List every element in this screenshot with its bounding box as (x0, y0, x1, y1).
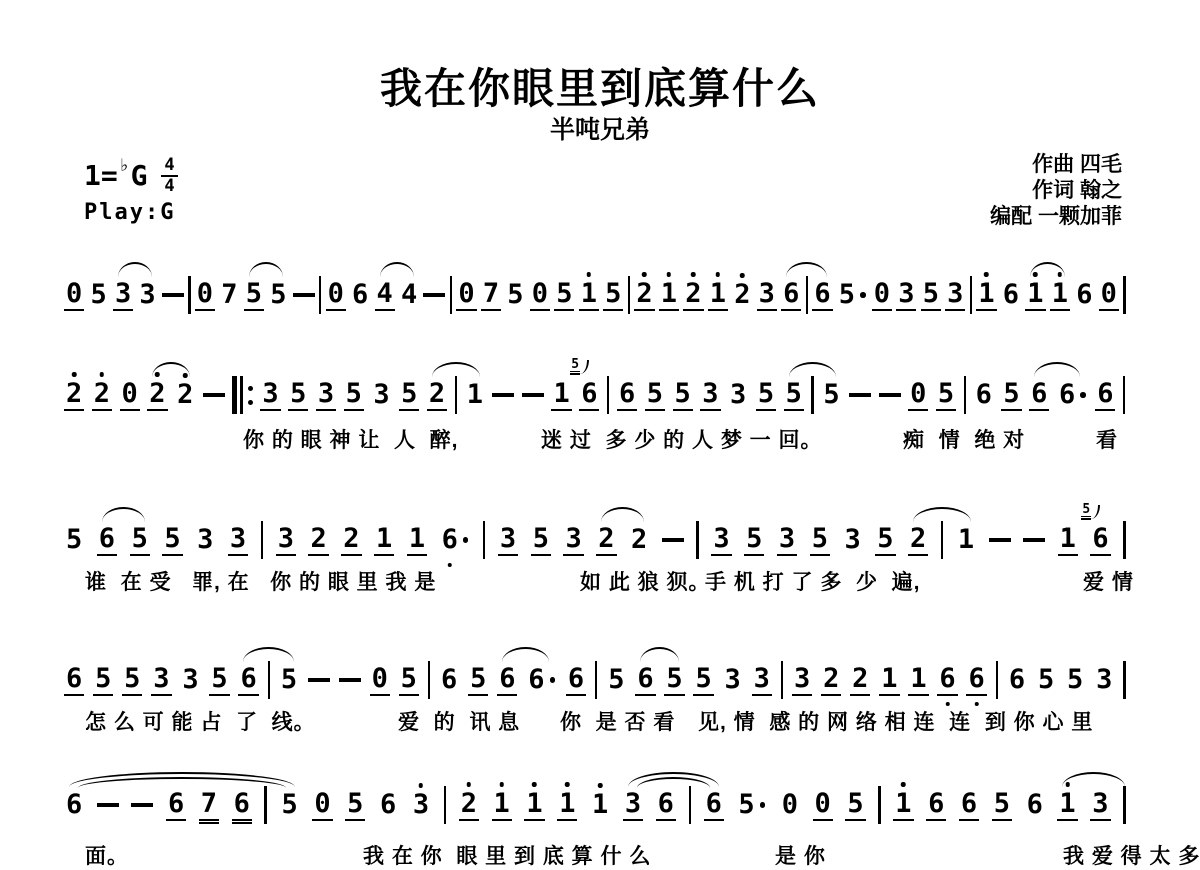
slur-arc (601, 507, 644, 522)
note-token: 3 (723, 665, 743, 695)
slur-arc (1030, 262, 1065, 277)
note-token: 1 (374, 524, 394, 556)
rest-note: 0 (195, 279, 215, 311)
note-token: 1 (579, 279, 599, 311)
lyric-segment: 痴 情 绝 对 (903, 424, 1025, 454)
note-token: 6 (232, 789, 252, 821)
note-token: 3 (316, 379, 336, 411)
rest-note: 0 (813, 789, 833, 821)
barline (264, 786, 267, 824)
note-token: 5 (505, 280, 525, 310)
note-token: 6 (617, 379, 637, 411)
rest-note: 0 (1099, 279, 1119, 311)
note-token: 2 (459, 789, 479, 821)
slur-arc (640, 647, 679, 662)
lyric-segment: 迷 过 多 少 的 人 梦 一 回。 (541, 424, 823, 454)
note-token: 5 (122, 664, 142, 696)
note-token: 1 (708, 279, 728, 311)
dash-continuation (989, 538, 1011, 542)
note-token: 3 (792, 664, 812, 696)
note-token: 5 (280, 790, 300, 820)
note-token: 5 (693, 664, 713, 696)
rest-note: 0 (530, 279, 550, 311)
note-token: 1 (492, 789, 512, 821)
note-token: 1 (908, 664, 928, 696)
note-token: 2 (64, 379, 84, 411)
note-token: 5 (1001, 379, 1021, 411)
barline (941, 521, 944, 559)
note-token: 1 (976, 279, 996, 311)
note-token: 6 (526, 665, 557, 695)
note-token: 2 (634, 279, 654, 311)
barline (319, 276, 322, 314)
dash-continuation (662, 538, 684, 542)
note-token: 4 (375, 279, 395, 311)
note-token: 6 (350, 280, 370, 310)
barline (1123, 276, 1126, 314)
note-token: 5 (344, 379, 364, 411)
rest-note: 0 (326, 279, 346, 311)
octave-dot-high (499, 782, 504, 787)
note-token: 2 (341, 524, 361, 556)
note-token: 5 (399, 379, 419, 411)
note-token: 3 (711, 524, 731, 556)
note-token: 6 (812, 279, 832, 311)
note-token: 5 (288, 379, 308, 411)
note-token: 5 (531, 524, 551, 556)
note-token: 5 (399, 664, 419, 696)
note-token: 7 (219, 280, 239, 310)
barline (696, 521, 699, 559)
dash-continuation (492, 393, 514, 397)
note-token: 3 (195, 525, 215, 555)
lyrics-line: 谁 在 受 罪, 在 你 的 眼 里 我 是如 此 狼 狈。手 机 打 了 多 … (0, 566, 1200, 594)
note-token: 6 (1029, 379, 1049, 411)
note-token: 2 (427, 379, 447, 411)
note-token: 5 (673, 379, 693, 411)
note-token: 5 (130, 524, 150, 556)
barline (970, 276, 973, 314)
augmentation-dot (550, 677, 556, 683)
slur-arc (118, 262, 152, 277)
note-token: 2 (308, 524, 328, 556)
note-token: 3 (276, 524, 296, 556)
barline (188, 276, 191, 314)
dash-continuation (162, 293, 184, 297)
note-token: 1 (407, 524, 427, 556)
slur-arc (102, 507, 145, 522)
dash-continuation (97, 803, 119, 807)
octave-dot-high (984, 272, 989, 277)
note-token: 5 (664, 664, 684, 696)
note-token: 3 (757, 279, 777, 311)
note-token: 5 (821, 380, 841, 410)
lyric-segment: 手 机 打 了 多 少 遍, (705, 566, 921, 596)
note-token: 6 (97, 524, 117, 556)
note-token: 2 (147, 379, 167, 411)
note-token: 1 (1057, 789, 1077, 821)
dash-continuation (203, 393, 225, 397)
slur-arc (432, 362, 480, 377)
slur-arc (152, 362, 190, 377)
octave-dot-high (100, 372, 105, 377)
slur-arc (786, 262, 827, 277)
octave-dot-high (565, 782, 570, 787)
barline (806, 276, 809, 314)
note-token: 1 (1025, 279, 1045, 311)
dash-continuation (293, 293, 315, 297)
note-token: 6 (966, 664, 986, 696)
note-token: 1 (956, 525, 976, 555)
note-token: 5 (603, 279, 623, 311)
dash-continuation (522, 393, 544, 397)
barline (628, 276, 631, 314)
note-token: 5 (837, 280, 868, 310)
note-token: 1 (590, 790, 610, 820)
augmentation-dot (463, 537, 469, 543)
barline (455, 376, 458, 414)
barline (689, 786, 692, 824)
note-token: 6 (974, 380, 994, 410)
lyric-segment: 我 爱 得 太 多 (1063, 840, 1200, 850)
note-token: 3 (411, 790, 431, 820)
note-token: 6 (440, 525, 471, 555)
octave-dot-high (72, 372, 77, 377)
note-token: 5 (921, 279, 941, 311)
note-token: 5 (244, 279, 264, 311)
augmentation-dot (1080, 392, 1086, 398)
note-token: 3 (945, 279, 965, 311)
dash-continuation (339, 678, 361, 682)
note-token: 6 (1007, 665, 1027, 695)
barline (996, 661, 999, 699)
slur-arc (1062, 772, 1125, 787)
dash-continuation (423, 293, 445, 297)
note-token: 5 (162, 524, 182, 556)
note-token: 6 (704, 789, 724, 821)
repeat-begin-sign (232, 376, 253, 414)
dash-continuation (849, 393, 871, 397)
note-token: 5 (875, 524, 895, 556)
slur-arc (380, 262, 414, 277)
note-token: 65 (579, 379, 599, 411)
note-token: 3 (260, 379, 280, 411)
slur-arc (502, 647, 549, 662)
note-token: 5 (845, 789, 865, 821)
note-token: 1 (879, 664, 899, 696)
note-token: 1 (1050, 279, 1070, 311)
note-token: 3 (1090, 789, 1110, 821)
rest-note: 0 (456, 279, 476, 311)
note-token: 6 (166, 789, 186, 821)
lyrics-line: 面。我 在 你 眼 里 到 底 算 什 么是 你我 爱 得 太 多 (0, 840, 1200, 850)
note-token: 5 (209, 664, 229, 696)
rest-note: 0 (312, 789, 332, 821)
note-token: 5 (468, 664, 488, 696)
note-token: 1 (551, 379, 571, 411)
note-token: 3 (700, 379, 720, 411)
note-token: 1 (893, 789, 913, 821)
notation-line: 05330755064407505152121236650353161160 (64, 275, 1126, 315)
lyric-segment: 你 的 眼 神 让 人 醉, (243, 424, 459, 454)
note-token: 3 (728, 380, 748, 410)
lyric-segment: 你 是 否 看 (560, 706, 675, 736)
notation-line: 6676505632111136650051665613 (64, 785, 1126, 825)
lyric-segment: 谁 在 受 罪, 在 你 的 眼 里 我 是 (85, 566, 436, 596)
notation-line: 65533565056566656553332211666553 (64, 660, 1126, 700)
note-token: 6 (1001, 280, 1021, 310)
barline (781, 661, 784, 699)
note-token: 5 (345, 789, 365, 821)
note-token: 6 (959, 789, 979, 821)
note-token: 1 (1058, 524, 1078, 556)
note-token: 2 (629, 525, 649, 555)
slur-arc (243, 647, 294, 662)
note-token: 5 (268, 280, 288, 310)
note-token: 3 (228, 524, 248, 556)
note-token: 4 (399, 280, 419, 310)
barline (1123, 521, 1126, 559)
note-token: 5 (744, 524, 764, 556)
barline (483, 521, 486, 559)
note-token: 3 (1094, 665, 1114, 695)
note-token: 2 (92, 379, 112, 411)
note-token: 5 (992, 789, 1012, 821)
lyric-segment: 怎 么 可 能 占 了 线。 (85, 706, 316, 736)
lyric-segment: 我 在 你 眼 里 到 底 算 什 么 (363, 840, 651, 850)
note-token: 3 (151, 664, 171, 696)
note-token: 5 (756, 379, 776, 411)
octave-dot-high (740, 273, 745, 278)
note-token: 65 (1090, 524, 1110, 556)
note-token: 3 (777, 524, 797, 556)
slur-arc (913, 507, 971, 522)
note-token: 6 (1025, 790, 1045, 820)
octave-dot-high (716, 272, 721, 277)
octave-dot-high (587, 272, 592, 277)
note-token: 3 (623, 789, 643, 821)
lyric-segment: 爱 的 讯 息 (398, 706, 520, 736)
augmentation-dot (860, 292, 866, 298)
rest-note: 0 (64, 279, 84, 311)
dash-continuation (1023, 538, 1045, 542)
note-token: 6 (1095, 379, 1115, 411)
rest-note: 0 (872, 279, 892, 311)
octave-dot-high (532, 782, 537, 787)
note-token: 2 (683, 279, 703, 311)
note-token: 5 (64, 525, 84, 555)
barline (268, 661, 271, 699)
note-token: 5 (1036, 665, 1056, 695)
barline (878, 786, 881, 824)
note-token: 5 (88, 280, 108, 310)
octave-dot-high (419, 783, 424, 788)
note-token: 2 (732, 280, 752, 310)
rest-note: 0 (120, 379, 140, 411)
barline (595, 661, 598, 699)
note-token: 5 (1065, 665, 1085, 695)
note-token: 6 (439, 665, 459, 695)
octave-dot-high (691, 272, 696, 277)
note-token: 3 (896, 279, 916, 311)
octave-dot-high (598, 783, 603, 788)
note-token: 2 (821, 664, 841, 696)
note-token: 6 (656, 789, 676, 821)
note-token: 6 (1057, 380, 1088, 410)
note-token: 3 (752, 664, 772, 696)
note-token: 5 (736, 790, 767, 820)
jianpu-score: 0533075506440750515212123665035316116022… (0, 0, 1200, 850)
note-token: 1 (465, 380, 485, 410)
augmentation-dot (760, 802, 766, 808)
note-token: 6 (64, 664, 84, 696)
rest-note: 0 (780, 790, 800, 820)
octave-dot-high (642, 272, 647, 277)
rest-note: 0 (908, 379, 928, 411)
note-token: 5 (93, 664, 113, 696)
note-token: 3 (180, 665, 200, 695)
barline (450, 276, 453, 314)
barline (811, 376, 814, 414)
note-token: 6 (635, 664, 655, 696)
barline (964, 376, 967, 414)
note-token: 6 (64, 790, 84, 820)
note-token: 5 (606, 665, 626, 695)
barline (444, 786, 447, 824)
note-token: 2 (175, 380, 195, 410)
notation-line: 5655333221163532235353521165 (64, 520, 1126, 560)
lyric-segment: 看 (1096, 424, 1118, 454)
lyric-segment: 面。 (85, 840, 129, 850)
barline (1123, 661, 1126, 699)
note-token: 2 (596, 524, 616, 556)
note-token: 3 (137, 280, 157, 310)
note-token: 1 (524, 789, 544, 821)
dash-continuation (879, 393, 901, 397)
lyric-segment: 见, 情 感 的 网 络 相 连 连 到 你 心 里 (698, 706, 1093, 736)
note-token: 5 (936, 379, 956, 411)
dash-continuation (308, 678, 330, 682)
note-token: 5 (810, 524, 830, 556)
note-token: 6 (926, 789, 946, 821)
barline (428, 661, 431, 699)
note-token: 3 (371, 380, 391, 410)
slur-arc (789, 362, 836, 377)
note-token: 5 (279, 665, 299, 695)
note-token: 2 (850, 664, 870, 696)
lyric-segment: 如 此 狼 狈。 (580, 566, 711, 596)
note-token: 5 (645, 379, 665, 411)
lyric-segment: 爱 情 (1083, 566, 1134, 596)
lyrics-line: 你 的 眼 神 让 人 醉,迷 过 多 少 的 人 梦 一 回。痴 情 绝 对看 (0, 424, 1200, 452)
notation-line: 2202235353521165655335550565666 (64, 375, 1126, 415)
dash-continuation (131, 803, 153, 807)
barline (1123, 786, 1126, 824)
octave-dot-high (901, 782, 906, 787)
grace-note: 5 (570, 358, 580, 372)
note-token: 6 (1074, 280, 1094, 310)
note-token: 6 (566, 664, 586, 696)
lyrics-line: 怎 么 可 能 占 了 线。爱 的 讯 息你 是 否 看见, 情 感 的 网 络… (0, 706, 1200, 734)
slur-arc (249, 262, 283, 277)
note-token: 1 (557, 789, 577, 821)
note-token: 5 (784, 379, 804, 411)
barline (261, 521, 264, 559)
note-token: 6 (497, 664, 517, 696)
note-token: 3 (563, 524, 583, 556)
grace-note: 5 (1081, 503, 1091, 517)
note-token: 6 (781, 279, 801, 311)
note-token: 5 (554, 279, 574, 311)
note-token: 7 (481, 279, 501, 311)
slur-arc (1034, 362, 1080, 377)
octave-dot-high (467, 782, 472, 787)
note-token: 3 (113, 279, 133, 311)
note-token: 6 (238, 664, 258, 696)
barline (1123, 376, 1126, 414)
note-token: 7 (199, 789, 219, 821)
note-token: 1 (659, 279, 679, 311)
barline (607, 376, 610, 414)
note-token: 2 (908, 524, 928, 556)
note-token: 6 (937, 664, 957, 696)
note-token: 3 (498, 524, 518, 556)
octave-dot-high (667, 272, 672, 277)
note-token: 3 (842, 525, 862, 555)
rest-note: 0 (370, 664, 390, 696)
note-token: 6 (378, 790, 398, 820)
lyric-segment: 是 你 (775, 840, 826, 850)
